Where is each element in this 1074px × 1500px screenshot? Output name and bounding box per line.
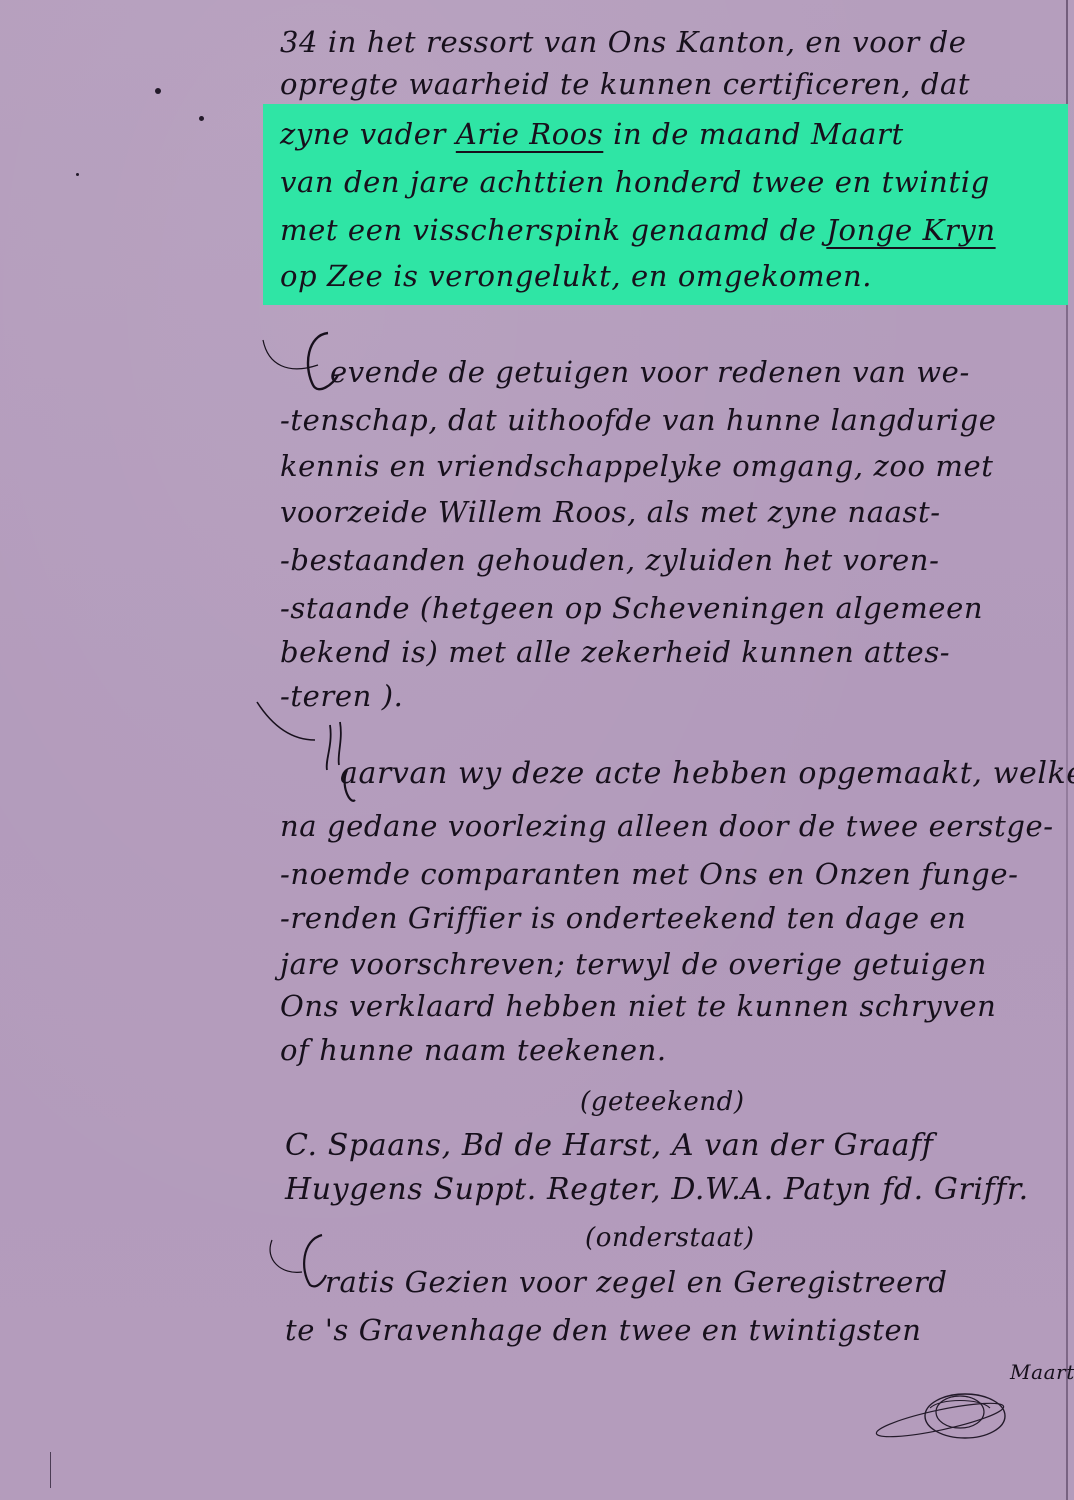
text-line: 34 in het ressort van Ons Kanton, en voo… bbox=[280, 22, 967, 62]
highlighted-line: op Zee is verongelukt, en omgekomen. bbox=[280, 256, 872, 296]
text-line: -teren ). bbox=[280, 676, 403, 716]
ink-speck bbox=[76, 173, 79, 176]
ship-name: Jonge Kryn bbox=[826, 213, 995, 247]
text-line: voorzeide Willem Roos, als met zyne naas… bbox=[280, 492, 941, 532]
ink-speck bbox=[199, 116, 204, 121]
person-name: Arie Roos bbox=[456, 117, 604, 151]
text-line: jare voorschreven; terwyl de overige get… bbox=[280, 944, 987, 984]
text-segment: in de maand Maart bbox=[603, 117, 903, 151]
text-segment: zyne vader bbox=[280, 117, 456, 151]
signature-line: Huygens Suppt. Regter, D.W.A. Patyn fd. … bbox=[285, 1170, 1029, 1210]
below-label: (onderstaat) bbox=[585, 1218, 755, 1258]
text-line: ratis Gezien voor zegel en Geregistreerd bbox=[325, 1262, 948, 1302]
text-line: bekend is) met alle zekerheid kunnen att… bbox=[280, 632, 950, 672]
text-line: aarvan wy deze acte hebben opgemaakt, we… bbox=[340, 754, 1074, 794]
text-line: opregte waarheid te kunnen certificeren,… bbox=[280, 64, 970, 104]
highlighted-line: met een visscherspink genaamd de Jonge K… bbox=[280, 210, 996, 250]
text-line: evende de getuigen voor redenen van we- bbox=[330, 352, 970, 392]
ink-speck bbox=[155, 88, 161, 94]
signature-line: C. Spaans, Bd de Harst, A van der Graaff bbox=[285, 1126, 933, 1166]
text-line: kennis en vriendschappelyke omgang, zoo … bbox=[280, 446, 993, 486]
signed-label: (geteekend) bbox=[580, 1082, 745, 1122]
text-line: Ons verklaard hebben niet te kunnen schr… bbox=[280, 986, 996, 1026]
paraph-flourish-icon bbox=[870, 1378, 1070, 1458]
text-line: te 's Gravenhage den twee en twintigsten bbox=[285, 1310, 922, 1350]
text-line: -noemde comparanten met Ons en Onzen fun… bbox=[280, 854, 1018, 894]
text-segment: met een visscherspink genaamd de bbox=[280, 213, 826, 247]
document-page: 34 in het ressort van Ons Kanton, en voo… bbox=[0, 0, 1074, 1500]
text-line: -renden Griffier is onderteekend ten dag… bbox=[280, 898, 966, 938]
text-line: -staande (hetgeen op Scheveningen algeme… bbox=[280, 588, 983, 628]
text-line: -bestaanden gehouden, zyluiden het voren… bbox=[280, 540, 939, 580]
text-line: na gedane voorlezing alleen door de twee… bbox=[280, 806, 1054, 846]
highlighted-line: zyne vader Arie Roos in de maand Maart bbox=[280, 114, 904, 154]
text-line: of hunne naam teekenen. bbox=[280, 1030, 667, 1070]
margin-mark bbox=[50, 1452, 51, 1488]
highlighted-line: van den jare achttien honderd twee en tw… bbox=[280, 162, 990, 202]
text-line: -tenschap, dat uithoofde van hunne langd… bbox=[280, 400, 997, 440]
